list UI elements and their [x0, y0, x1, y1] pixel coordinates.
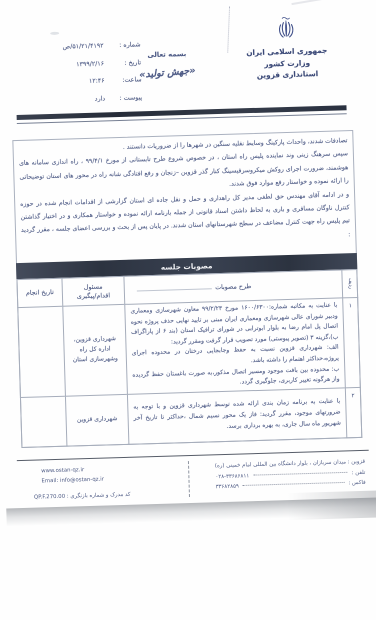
fax-value: ۳۳۶۸۲۸۵۹ — [216, 482, 239, 493]
date-label: تاریخ : — [113, 59, 141, 67]
dotted-leader — [243, 482, 345, 486]
due-date-cell — [18, 306, 66, 397]
attachment-label: پیوست : — [114, 94, 142, 102]
resolution-text: با عنایت به مکاتبه شماره:۱۶۰۰/۶۳۰۰ مورخ … — [130, 301, 338, 349]
iran-emblem-icon — [273, 13, 300, 44]
resolution-cell: با عنایت به برنامه زمان بندی ارائه شده ت… — [127, 388, 346, 445]
dotted-leader — [253, 471, 348, 475]
resolutions-table-wrap: ردیف طرح مصوبات مسئول اقدام/پیگیری تاریخ… — [16, 269, 362, 448]
header-row-number: ردیف — [342, 269, 358, 297]
number-label: شماره : — [112, 41, 140, 49]
attachment-value: دارد — [95, 95, 106, 102]
meta-attachment-row: پیوست : دارد — [18, 94, 142, 105]
letter-body-box: تصادفات شدند، واحداث پارکینگ وسایط نقلیه… — [12, 130, 362, 448]
due-date-cell — [20, 396, 66, 448]
footer-web-block: www.ostan-qz.ir Email: info@ostan-qz.ir — [41, 466, 104, 487]
besmele-text: بسمه تعالی — [119, 49, 215, 60]
header-due-date: تاریخ انجام — [17, 278, 63, 307]
date-value: ۱۳۹۹/۲/۱۶ — [76, 60, 104, 68]
responsible-cell: شهرداری قزوین — [65, 394, 128, 446]
table-row: ۲ با عنایت به برنامه زمان بندی ارائه شده… — [20, 387, 361, 447]
header-responsible: مسئول اقدام/پیگیری — [62, 276, 125, 306]
resolutions-table: ردیف طرح مصوبات مسئول اقدام/پیگیری تاریخ… — [16, 269, 362, 448]
row-number-cell: ۱ — [343, 297, 361, 387]
footer-contact-block: قزوین : میدان سربازان ، بلوار دانشگاه بی… — [153, 457, 366, 495]
phone-label: تلفن : — [352, 467, 366, 478]
responsible-cell: شهرداری قزوین، اداره کل راه وشهرسازی است… — [63, 304, 128, 396]
body-paragraphs: تصادفات شدند، واحداث پارکینگ وسایط نقلیه… — [18, 134, 350, 251]
org-header: جمهوری اسلامی ایران وزارت کشور استانداری… — [230, 11, 344, 82]
scan-shadow-band — [287, 490, 376, 520]
footer-email: Email: info@ostan-qz.ir — [41, 475, 104, 486]
meta-number-row: شماره : ۵۱/۲۱/۴۱۹۲/ص — [17, 41, 141, 52]
time-value: ۱۲:۴۶ — [89, 77, 105, 84]
scan-artifact — [50, 32, 59, 35]
fax-label: فاکس : — [348, 478, 366, 489]
resolution-cell: با عنایت به مکاتبه شماره:۱۶۰۰/۶۳۰۰ مورخ … — [125, 298, 346, 394]
number-value: ۵۱/۲۱/۴۱۹۲/ص — [62, 42, 103, 50]
footer-doc-code: کد مدرک و شماره بازنگری : QP.F.270.00 — [34, 489, 209, 500]
org-line-governorate: استانداری قزوین — [231, 67, 343, 82]
phone-value: ۰۲۸-۳۳۶۸۶۸۱۱ — [215, 471, 249, 482]
scan-artifact — [291, 0, 325, 5]
paragraph: و در ادامه آقای مهندس حق لطفی مدیر کل را… — [20, 188, 350, 251]
row-number-cell: ۲ — [345, 387, 361, 438]
table-row: ۱ با عنایت به مکاتبه شماره:۱۶۰۰/۶۳۰۰ مور… — [18, 297, 361, 397]
meta-date-row: تاریخ : ۱۳۹۹/۲/۱۶ — [17, 59, 141, 70]
scanned-letter: شماره : ۵۱/۲۱/۴۱۹۲/ص تاریخ : ۱۳۹۹/۲/۱۶ س… — [0, 0, 376, 620]
